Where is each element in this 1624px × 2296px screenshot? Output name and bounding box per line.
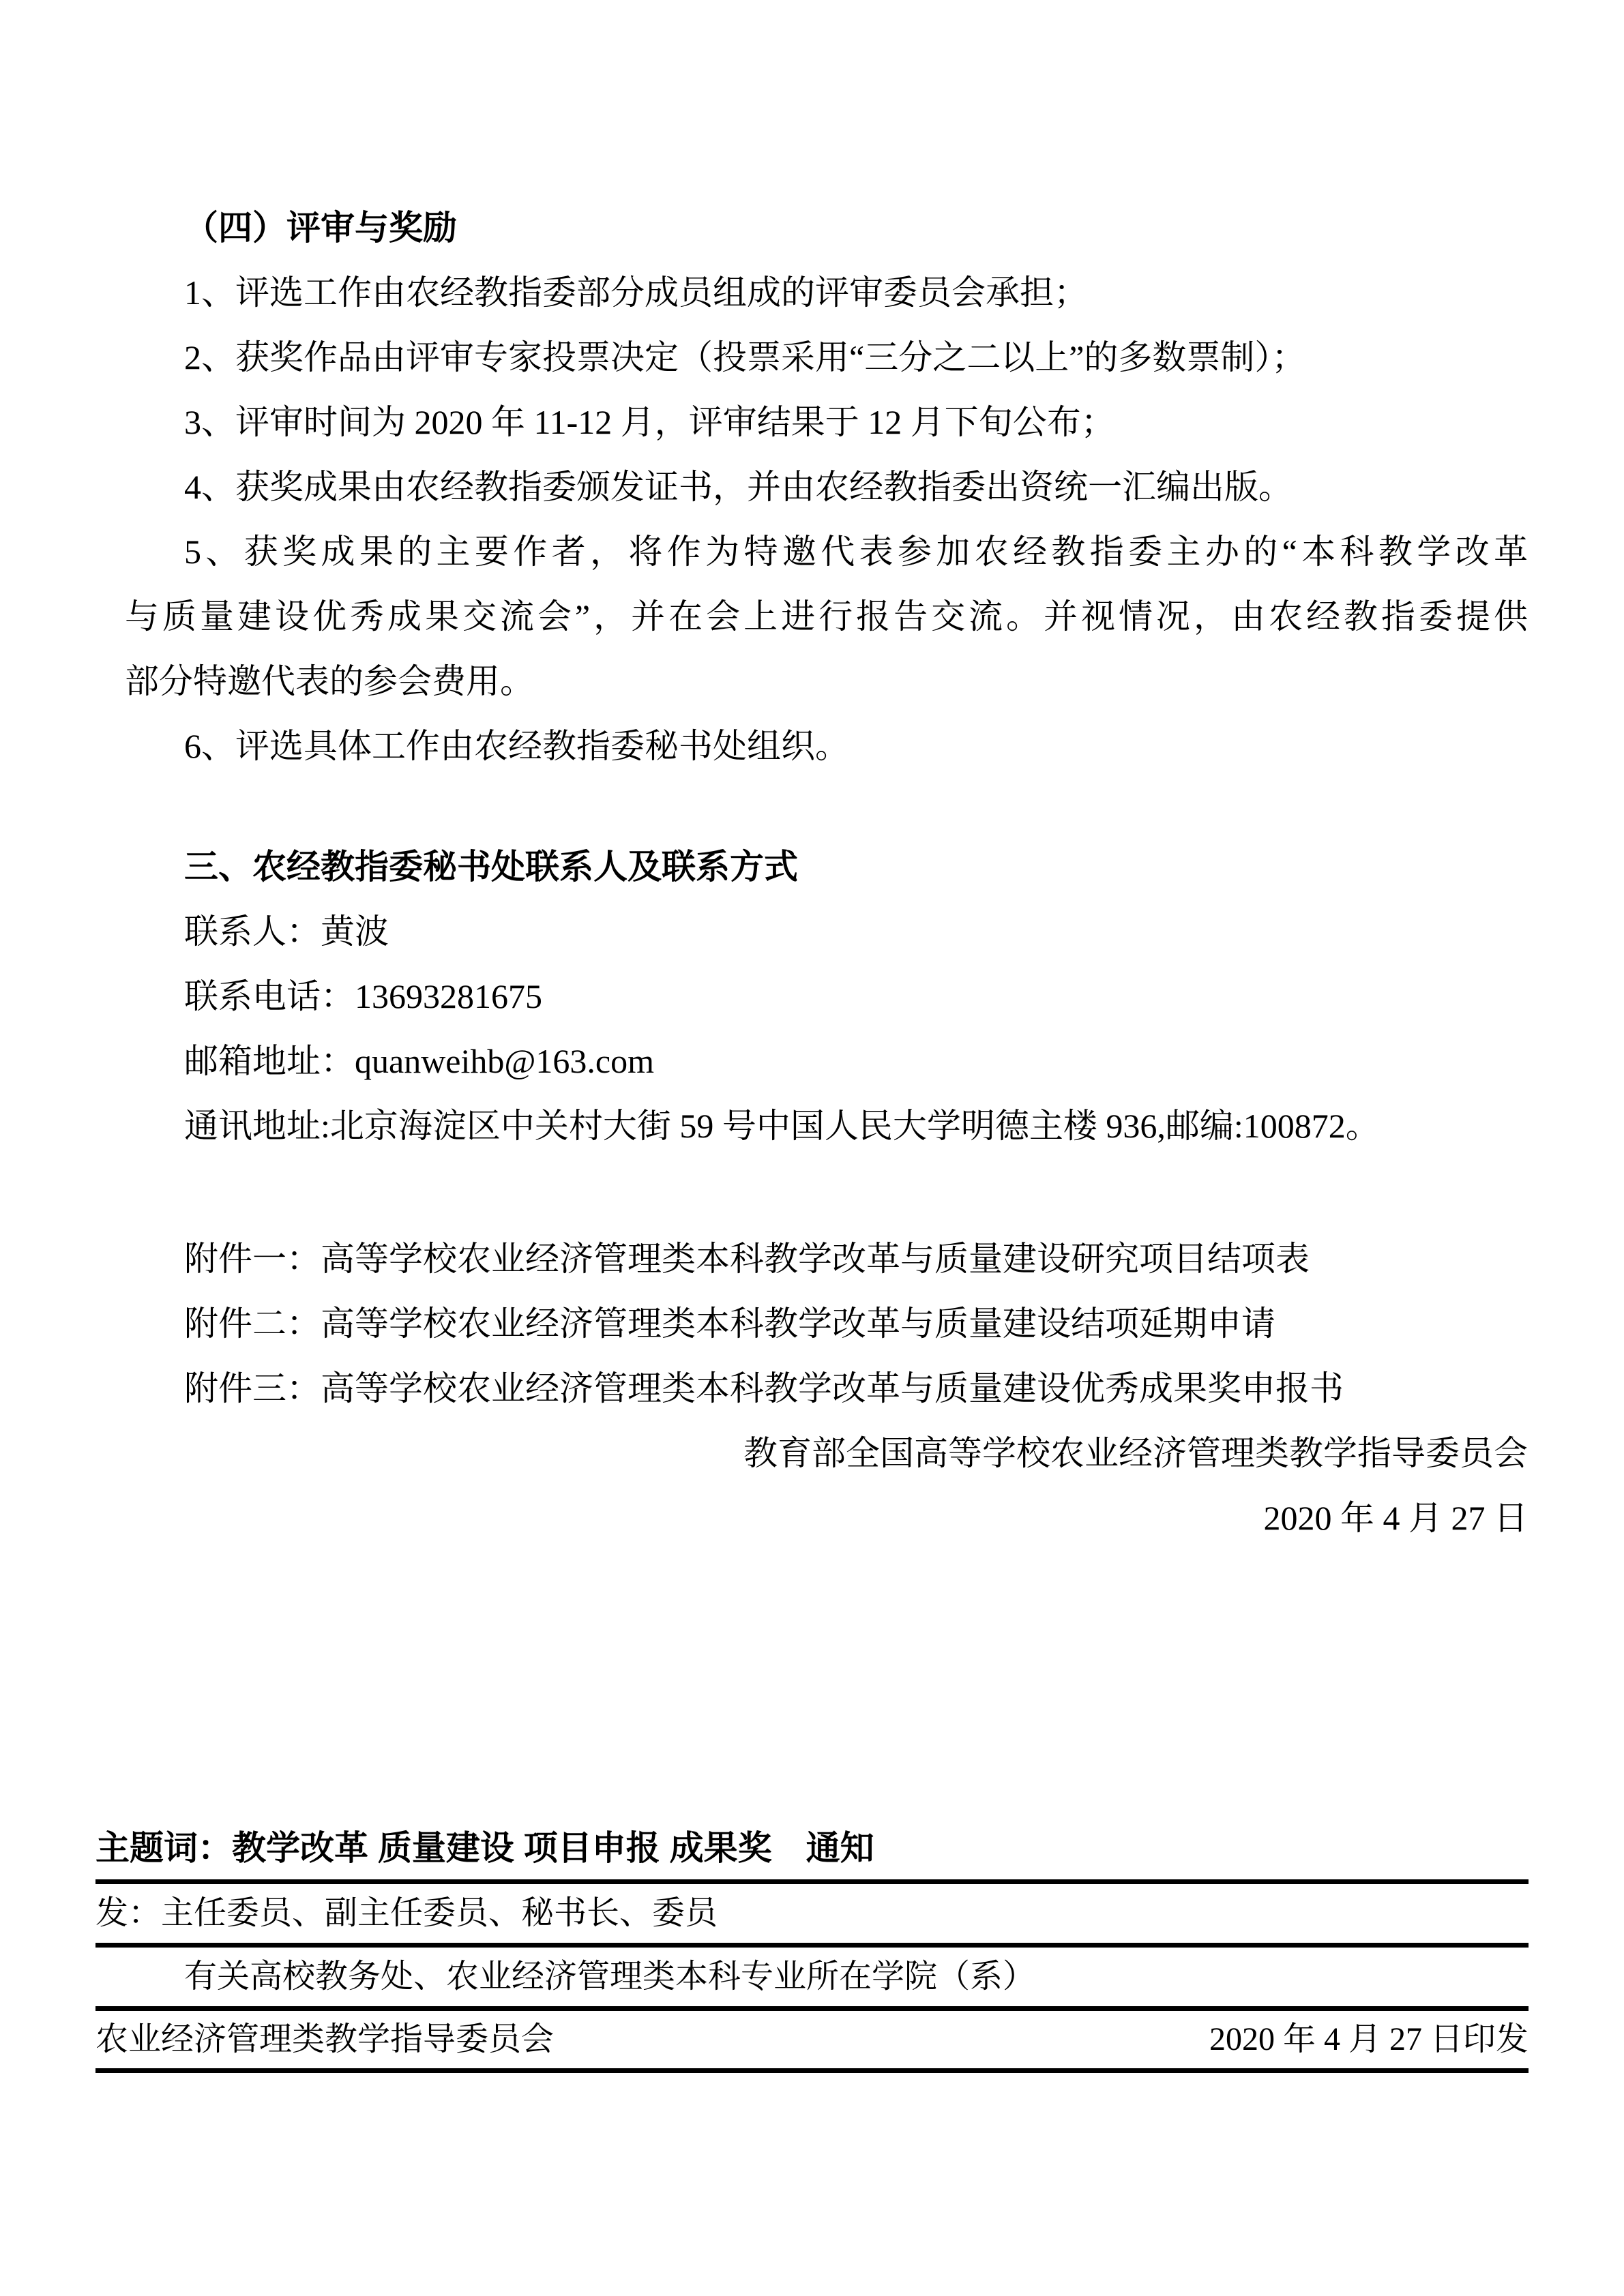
review-item-3: 3、评审时间为 2020 年 11-12 月，评审结果于 12 月下旬公布；	[125, 390, 1528, 455]
divider-line-4	[95, 2068, 1529, 2073]
review-item-5-line-3: 部分特邀代表的参会费用。	[125, 649, 1528, 714]
review-item-4: 4、获奖成果由农经教指委颁发证书，并由农经教指委出资统一汇编出版。	[125, 455, 1528, 520]
document-page: （四）评审与奖励 1、评选工作由农经教指委部分成员组成的评审委员会承担； 2、获…	[0, 0, 1624, 2296]
contact-person: 联系人：黄波	[125, 899, 1528, 964]
issuer-name: 农业经济管理类教学指导委员会	[95, 2011, 554, 2068]
contact-phone: 联系电话：13693281675	[125, 964, 1528, 1029]
attachment-3: 附件三：高等学校农业经济管理类本科教学改革与质量建设优秀成果奖申报书	[125, 1356, 1528, 1421]
section-heading-contact: 三、农经教指委秘书处联系人及联系方式	[125, 835, 1528, 899]
review-item-6: 6、评选具体工作由农经教指委秘书处组织。	[125, 714, 1528, 779]
attachment-2: 附件二：高等学校农业经济管理类本科教学改革与质量建设结项延期申请	[125, 1292, 1528, 1356]
document-footer: 主题词：教学改革 质量建设 项目申报 成果奖 通知 发：主任委员、副主任委员、秘…	[95, 1817, 1529, 2073]
review-item-1: 1、评选工作由农经教指委部分成员组成的评审委员会承担；	[125, 260, 1528, 325]
document-body: （四）评审与奖励 1、评选工作由农经教指委部分成员组成的评审委员会承担； 2、获…	[125, 196, 1528, 1551]
attachment-1: 附件一：高等学校农业经济管理类本科教学改革与质量建设研究项目结项表	[125, 1227, 1528, 1292]
signature-date: 2020 年 4 月 27 日	[125, 1486, 1528, 1551]
review-item-5-line-2: 与质量建设优秀成果交流会”，并在会上进行报告交流。并视情况，由农经教指委提供	[125, 584, 1528, 649]
distribution-line-1: 发：主任委员、副主任委员、秘书长、委员	[95, 1884, 1529, 1943]
contact-address: 通讯地址:北京海淀区中关村大街 59 号中国人民大学明德主楼 936,邮编:10…	[125, 1094, 1528, 1159]
keywords-line: 主题词：教学改革 质量建设 项目申报 成果奖 通知	[95, 1817, 1529, 1879]
section-heading-review: （四）评审与奖励	[125, 196, 1528, 260]
divider-line-1	[95, 1879, 1529, 1884]
divider-line-2	[95, 1943, 1529, 1948]
distribution-line-2: 有关高校教务处、农业经济管理类本科专业所在学院（系）	[95, 1948, 1529, 2006]
divider-line-3	[95, 2006, 1529, 2011]
issue-line: 农业经济管理类教学指导委员会 2020 年 4 月 27 日印发	[95, 2011, 1529, 2068]
print-date: 2020 年 4 月 27 日印发	[1209, 2011, 1529, 2068]
contact-email: 邮箱地址：quanweihb@163.com	[125, 1029, 1528, 1094]
signature-organization: 教育部全国高等学校农业经济管理类教学指导委员会	[125, 1421, 1528, 1486]
review-item-2: 2、获奖作品由评审专家投票决定（投票采用“三分之二以上”的多数票制）；	[125, 325, 1528, 390]
review-item-5-line-1: 5、获奖成果的主要作者，将作为特邀代表参加农经教指委主办的“本科教学改革	[125, 520, 1528, 584]
